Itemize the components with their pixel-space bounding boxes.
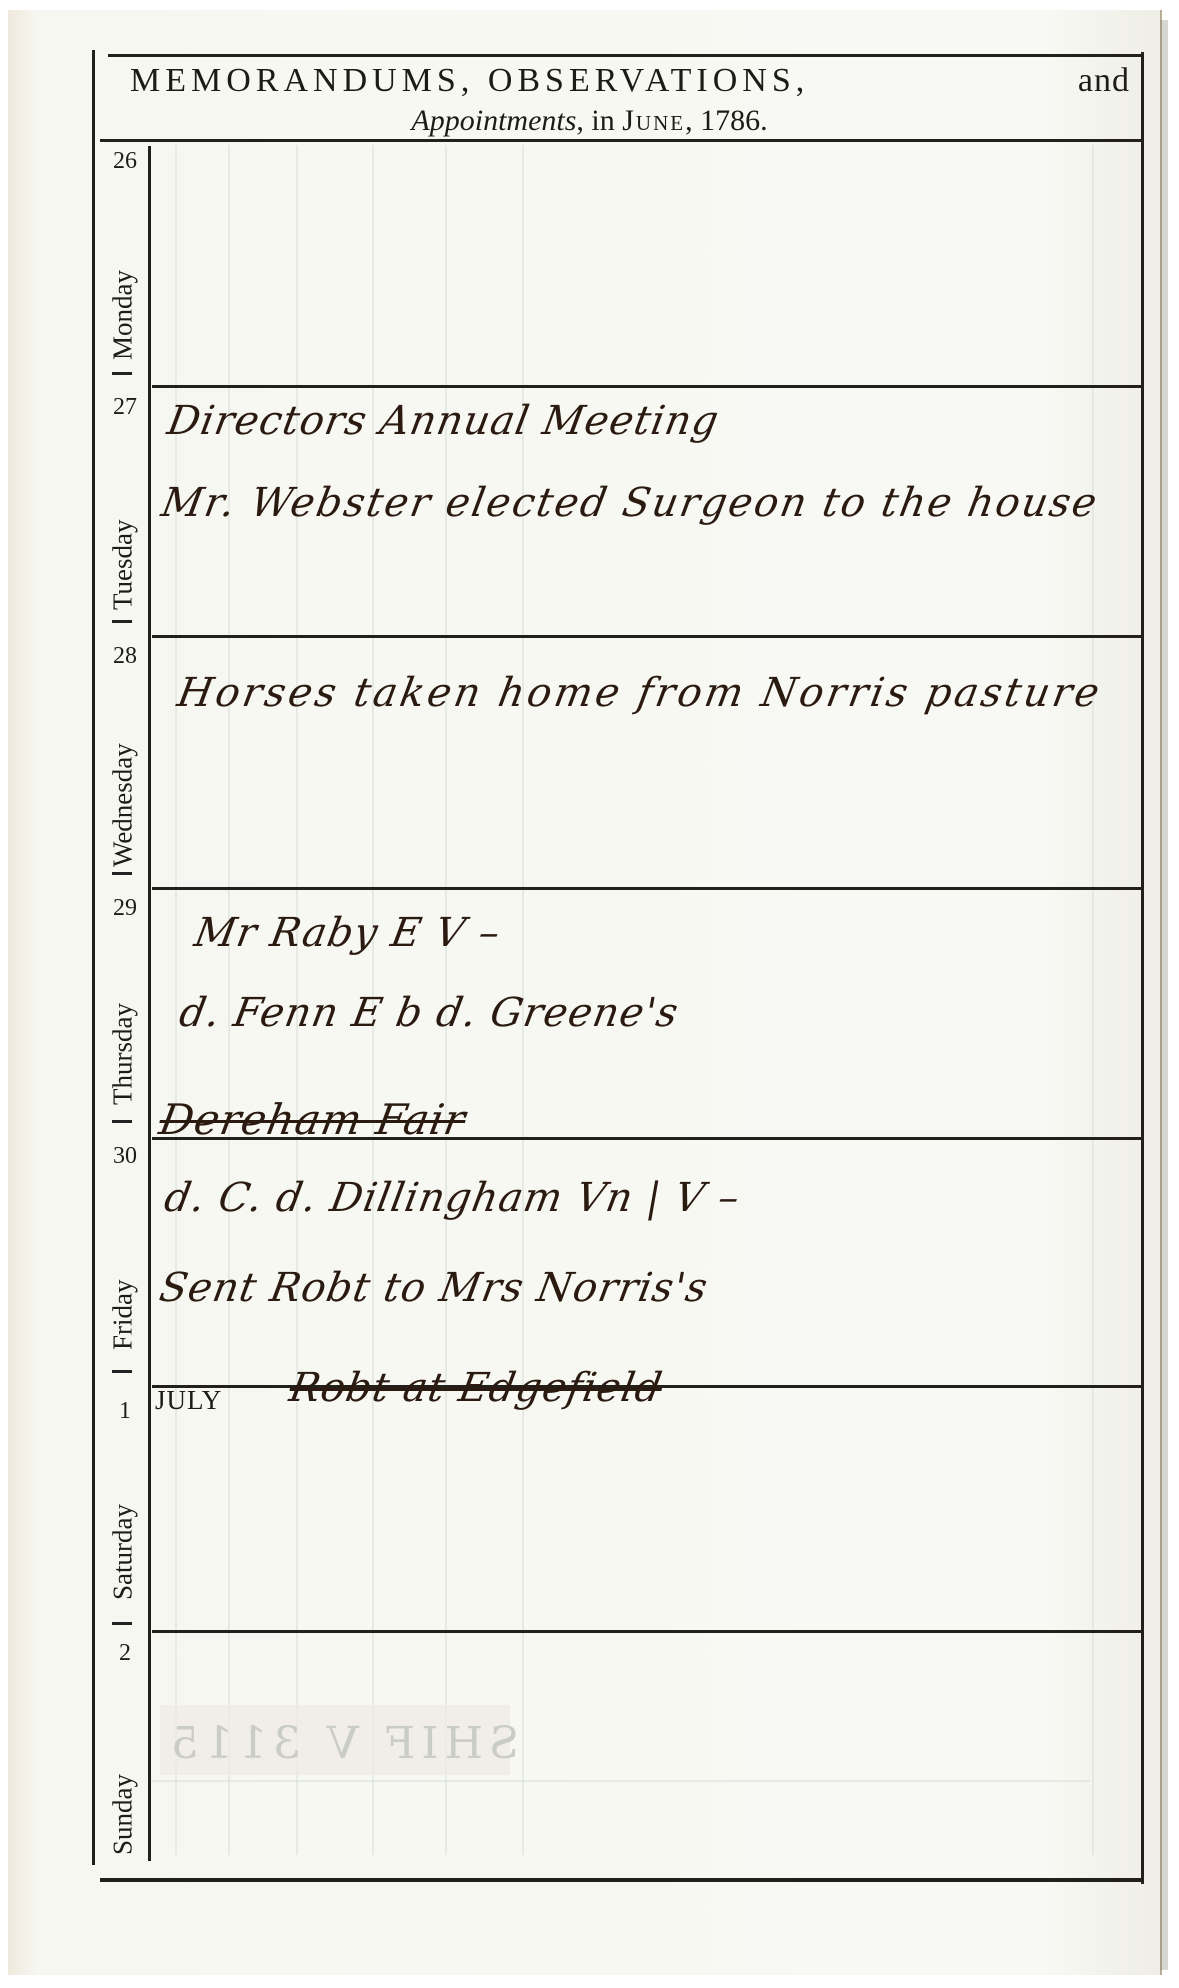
- page-title: MEMORANDUMS, OBSERVATIONS, and: [130, 62, 1130, 106]
- entry-text: d. Fenn E b d. Greene's: [176, 990, 682, 1036]
- day-name: Saturday: [98, 1465, 148, 1600]
- day-name: Friday: [98, 1245, 148, 1350]
- day-number: 26: [103, 148, 147, 175]
- bleed-stamp-text: SHIF V 3115: [165, 1718, 519, 1769]
- row-divider: [152, 635, 1142, 638]
- day-number: 29: [103, 895, 147, 922]
- page-subtitle: Appointments, in June, 1786.: [0, 104, 1179, 138]
- entry-text: Horses taken home from Norris pasture: [174, 670, 1106, 716]
- entry-text: d. C. d. Dillingham Vn | V –: [161, 1175, 744, 1221]
- row-divider: [152, 385, 1142, 388]
- day-name: Wednesday: [98, 682, 148, 867]
- entry-text: Sent Robt to Mrs Norris's: [156, 1265, 712, 1311]
- day-name: Tuesday: [98, 470, 148, 610]
- entry-text-struck: Robt at Edgefield: [286, 1365, 666, 1411]
- day-tick: [112, 1622, 132, 1625]
- subtitle-in: , in: [576, 104, 622, 137]
- day-name: Monday: [98, 225, 148, 360]
- day-number: 27: [103, 394, 147, 421]
- day-tick: [112, 1120, 132, 1123]
- title-and: and: [1078, 62, 1130, 100]
- page-edge-shadow: [1160, 20, 1168, 1970]
- title-main: MEMORANDUMS, OBSERVATIONS,: [130, 62, 809, 99]
- row-divider: [152, 887, 1142, 890]
- day-tick: [112, 1370, 132, 1373]
- entry-text: Mr. Webster elected Surgeon to the house: [158, 480, 1102, 526]
- bottom-rule: [100, 1878, 1142, 1882]
- day-name: Thursday: [98, 955, 148, 1105]
- bleed-line: [150, 1780, 1090, 1782]
- day-column-separator: [148, 146, 151, 1861]
- frame-right-border: [1141, 52, 1144, 1884]
- row-divider: [152, 1630, 1142, 1633]
- day-number: 2: [103, 1640, 147, 1667]
- frame-left-border: [92, 50, 95, 1865]
- bleed-line: [1092, 145, 1094, 1855]
- day-name: Sunday: [98, 1735, 148, 1855]
- subtitle-appointments: Appointments: [411, 104, 576, 137]
- subtitle-year: , 1786.: [685, 104, 768, 137]
- day-tick: [112, 620, 132, 623]
- day-tick: [112, 872, 132, 875]
- entry-text: Mr Raby E V –: [191, 910, 504, 956]
- top-rule: [108, 54, 1144, 57]
- day-number: 1: [103, 1398, 147, 1425]
- entry-text-struck: Dereham Fair: [156, 1095, 470, 1144]
- month-label: JULY: [155, 1385, 222, 1416]
- subtitle-month: June: [622, 104, 685, 137]
- day-number: 28: [103, 643, 147, 670]
- day-tick: [112, 372, 132, 375]
- day-number: 30: [103, 1143, 147, 1170]
- entry-text: Directors Annual Meeting: [164, 398, 723, 444]
- header-bottom-rule: [100, 139, 1142, 142]
